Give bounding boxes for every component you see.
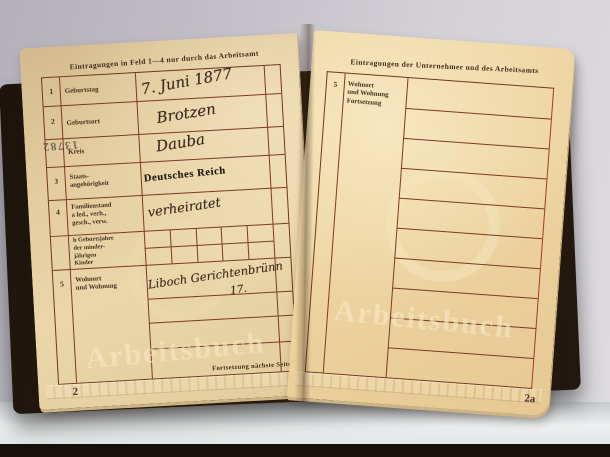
child-year-cell bbox=[196, 244, 223, 262]
table-line bbox=[135, 73, 153, 379]
entry-wohnort-line2: 17. bbox=[229, 283, 247, 297]
child-year-cell bbox=[221, 225, 248, 243]
entry-geburtstag: 7. Juni 1877 bbox=[140, 64, 234, 98]
row-number: 5 bbox=[327, 79, 345, 89]
table-line bbox=[47, 154, 285, 168]
field-label-kinder: b Geburtsjahre der minder- jährigen Kind… bbox=[73, 233, 143, 268]
child-year-cell bbox=[247, 224, 274, 242]
field-label-wohnort: Wohnort und Wohnung bbox=[75, 273, 144, 294]
children-birth-year-grid bbox=[144, 224, 275, 265]
child-year-cell bbox=[170, 245, 197, 263]
row-number: 1 bbox=[43, 86, 60, 96]
child-year-cell bbox=[144, 229, 171, 247]
entry-kreis: Dauba bbox=[155, 130, 206, 156]
ruled-row-line bbox=[392, 287, 538, 299]
ruled-row-line bbox=[401, 168, 547, 180]
field-label-wohnort-fortsetzung: Wohnort und Wohnung Fortsetzung bbox=[346, 81, 404, 110]
ruled-row-line bbox=[394, 258, 540, 270]
field-label-geburtsort: Geburtsort bbox=[66, 115, 134, 128]
child-year-cell bbox=[169, 228, 196, 246]
page-number-right: 2a bbox=[524, 392, 536, 405]
row-number: 2 bbox=[44, 116, 61, 126]
table-line bbox=[44, 93, 282, 107]
child-year-cell bbox=[222, 242, 249, 260]
photo-of-arbeitsbuch: Eintragungen in Feld 1—4 nur durch das A… bbox=[0, 0, 610, 457]
child-year-cell bbox=[248, 241, 275, 259]
ruled-row-line bbox=[405, 108, 551, 120]
ruled-row-line bbox=[396, 228, 542, 240]
field-label-geburtstag: Geburtstag bbox=[65, 83, 133, 96]
page-number-left: 2 bbox=[72, 386, 78, 398]
child-year-cell bbox=[145, 246, 172, 264]
table-line bbox=[149, 315, 294, 324]
right-page: Eintragungen der Unternehmer und des Arb… bbox=[287, 30, 575, 416]
shadow-strip bbox=[0, 444, 610, 457]
field-label-staatsangehoerigkeit: Staats- angehörigkeit bbox=[69, 170, 138, 190]
registry-number-stamp: 13782 bbox=[41, 138, 79, 152]
entry-staatsangehoerigkeit-stamp: Deutsches Reich bbox=[143, 165, 226, 184]
row-number: 4 bbox=[49, 207, 66, 217]
field-label-familienstand: Familienstand a led., verh., gesch., ver… bbox=[71, 200, 140, 228]
row-number: 3 bbox=[48, 176, 65, 186]
table-line bbox=[147, 291, 292, 300]
entry-familienstand: verheiratet bbox=[147, 195, 222, 220]
ruled-row-line bbox=[388, 347, 534, 359]
entry-geburtsort: Brotzen bbox=[155, 100, 217, 127]
left-page: Eintragungen in Feld 1—4 nur durch das A… bbox=[19, 33, 317, 410]
ruled-row-line bbox=[399, 198, 545, 210]
row-number: 5 bbox=[53, 279, 70, 289]
ruled-row-line bbox=[403, 138, 549, 150]
child-year-cell bbox=[195, 227, 222, 245]
